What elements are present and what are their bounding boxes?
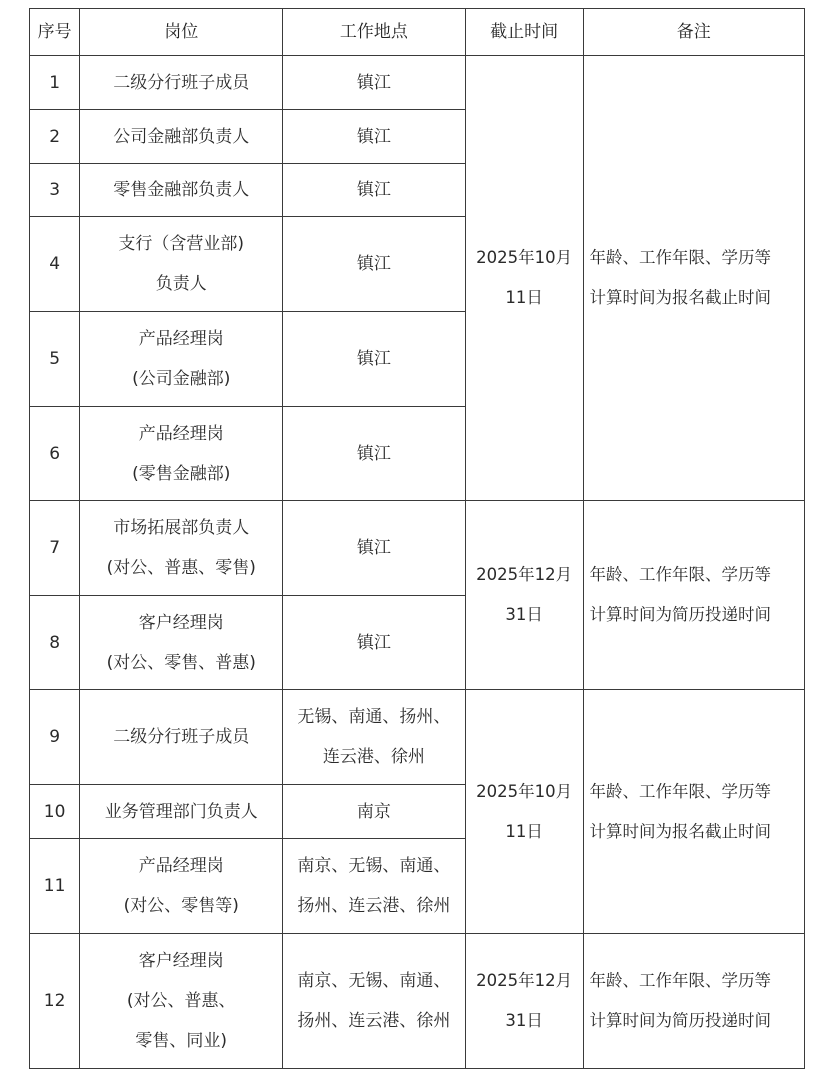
- cell-location: 南京、无锡、南通、 扬州、连云港、徐州: [283, 934, 465, 1069]
- cell-deadline: 2025年12月 31日: [465, 501, 583, 690]
- cell-location: 镇江: [283, 217, 465, 312]
- cell-deadline: 2025年10月 11日: [465, 56, 583, 501]
- cell-no: 7: [30, 501, 80, 596]
- header-deadline: 截止时间: [465, 9, 583, 56]
- cell-location: 镇江: [283, 501, 465, 596]
- cell-no: 3: [30, 164, 80, 217]
- table-row: 7 市场拓展部负责人 (对公、普惠、零售) 镇江 2025年12月 31日 年龄…: [30, 501, 805, 596]
- cell-no: 10: [30, 785, 80, 839]
- cell-deadline: 2025年12月 31日: [465, 934, 583, 1069]
- cell-note: 年龄、工作年限、学历等 计算时间为简历投递时间: [583, 934, 804, 1069]
- cell-position: 客户经理岗 (对公、普惠、 零售、同业): [80, 934, 283, 1069]
- cell-location: 镇江: [283, 312, 465, 407]
- cell-position: 客户经理岗 (对公、零售、普惠): [80, 596, 283, 690]
- cell-location: 镇江: [283, 407, 465, 501]
- cell-no: 12: [30, 934, 80, 1069]
- cell-position: 公司金融部负责人: [80, 110, 283, 164]
- cell-no: 2: [30, 110, 80, 164]
- cell-position: 二级分行班子成员: [80, 56, 283, 110]
- table-row: 12 客户经理岗 (对公、普惠、 零售、同业) 南京、无锡、南通、 扬州、连云港…: [30, 934, 805, 1069]
- cell-position: 产品经理岗 (公司金融部): [80, 312, 283, 407]
- cell-position: 产品经理岗 (零售金融部): [80, 407, 283, 501]
- cell-location: 镇江: [283, 110, 465, 164]
- cell-position: 产品经理岗 (对公、零售等): [80, 839, 283, 934]
- cell-position: 业务管理部门负责人: [80, 785, 283, 839]
- table-row: 1 二级分行班子成员 镇江 2025年10月 11日 年龄、工作年限、学历等 计…: [30, 56, 805, 110]
- cell-no: 1: [30, 56, 80, 110]
- cell-location: 无锡、南通、扬州、 连云港、徐州: [283, 690, 465, 785]
- cell-no: 4: [30, 217, 80, 312]
- cell-location: 南京: [283, 785, 465, 839]
- header-location: 工作地点: [283, 9, 465, 56]
- cell-location: 镇江: [283, 56, 465, 110]
- cell-position: 零售金融部负责人: [80, 164, 283, 217]
- cell-location: 南京、无锡、南通、 扬州、连云港、徐州: [283, 839, 465, 934]
- cell-no: 9: [30, 690, 80, 785]
- cell-position: 支行（含营业部) 负责人: [80, 217, 283, 312]
- cell-location: 镇江: [283, 164, 465, 217]
- cell-note: 年龄、工作年限、学历等 计算时间为简历投递时间: [583, 501, 804, 690]
- table-header-row: 序号 岗位 工作地点 截止时间 备注: [30, 9, 805, 56]
- cell-no: 5: [30, 312, 80, 407]
- cell-location: 镇江: [283, 596, 465, 690]
- cell-no: 8: [30, 596, 80, 690]
- cell-no: 6: [30, 407, 80, 501]
- header-position: 岗位: [80, 9, 283, 56]
- cell-note: 年龄、工作年限、学历等 计算时间为报名截止时间: [583, 56, 804, 501]
- cell-position: 二级分行班子成员: [80, 690, 283, 785]
- cell-position: 市场拓展部负责人 (对公、普惠、零售): [80, 501, 283, 596]
- cell-note: 年龄、工作年限、学历等 计算时间为报名截止时间: [583, 690, 804, 934]
- cell-deadline: 2025年10月 11日: [465, 690, 583, 934]
- header-note: 备注: [583, 9, 804, 56]
- table-row: 9 二级分行班子成员 无锡、南通、扬州、 连云港、徐州 2025年10月 11日…: [30, 690, 805, 785]
- cell-no: 11: [30, 839, 80, 934]
- header-no: 序号: [30, 9, 80, 56]
- job-positions-table: 序号 岗位 工作地点 截止时间 备注 1 二级分行班子成员 镇江 2025年10…: [29, 8, 805, 1069]
